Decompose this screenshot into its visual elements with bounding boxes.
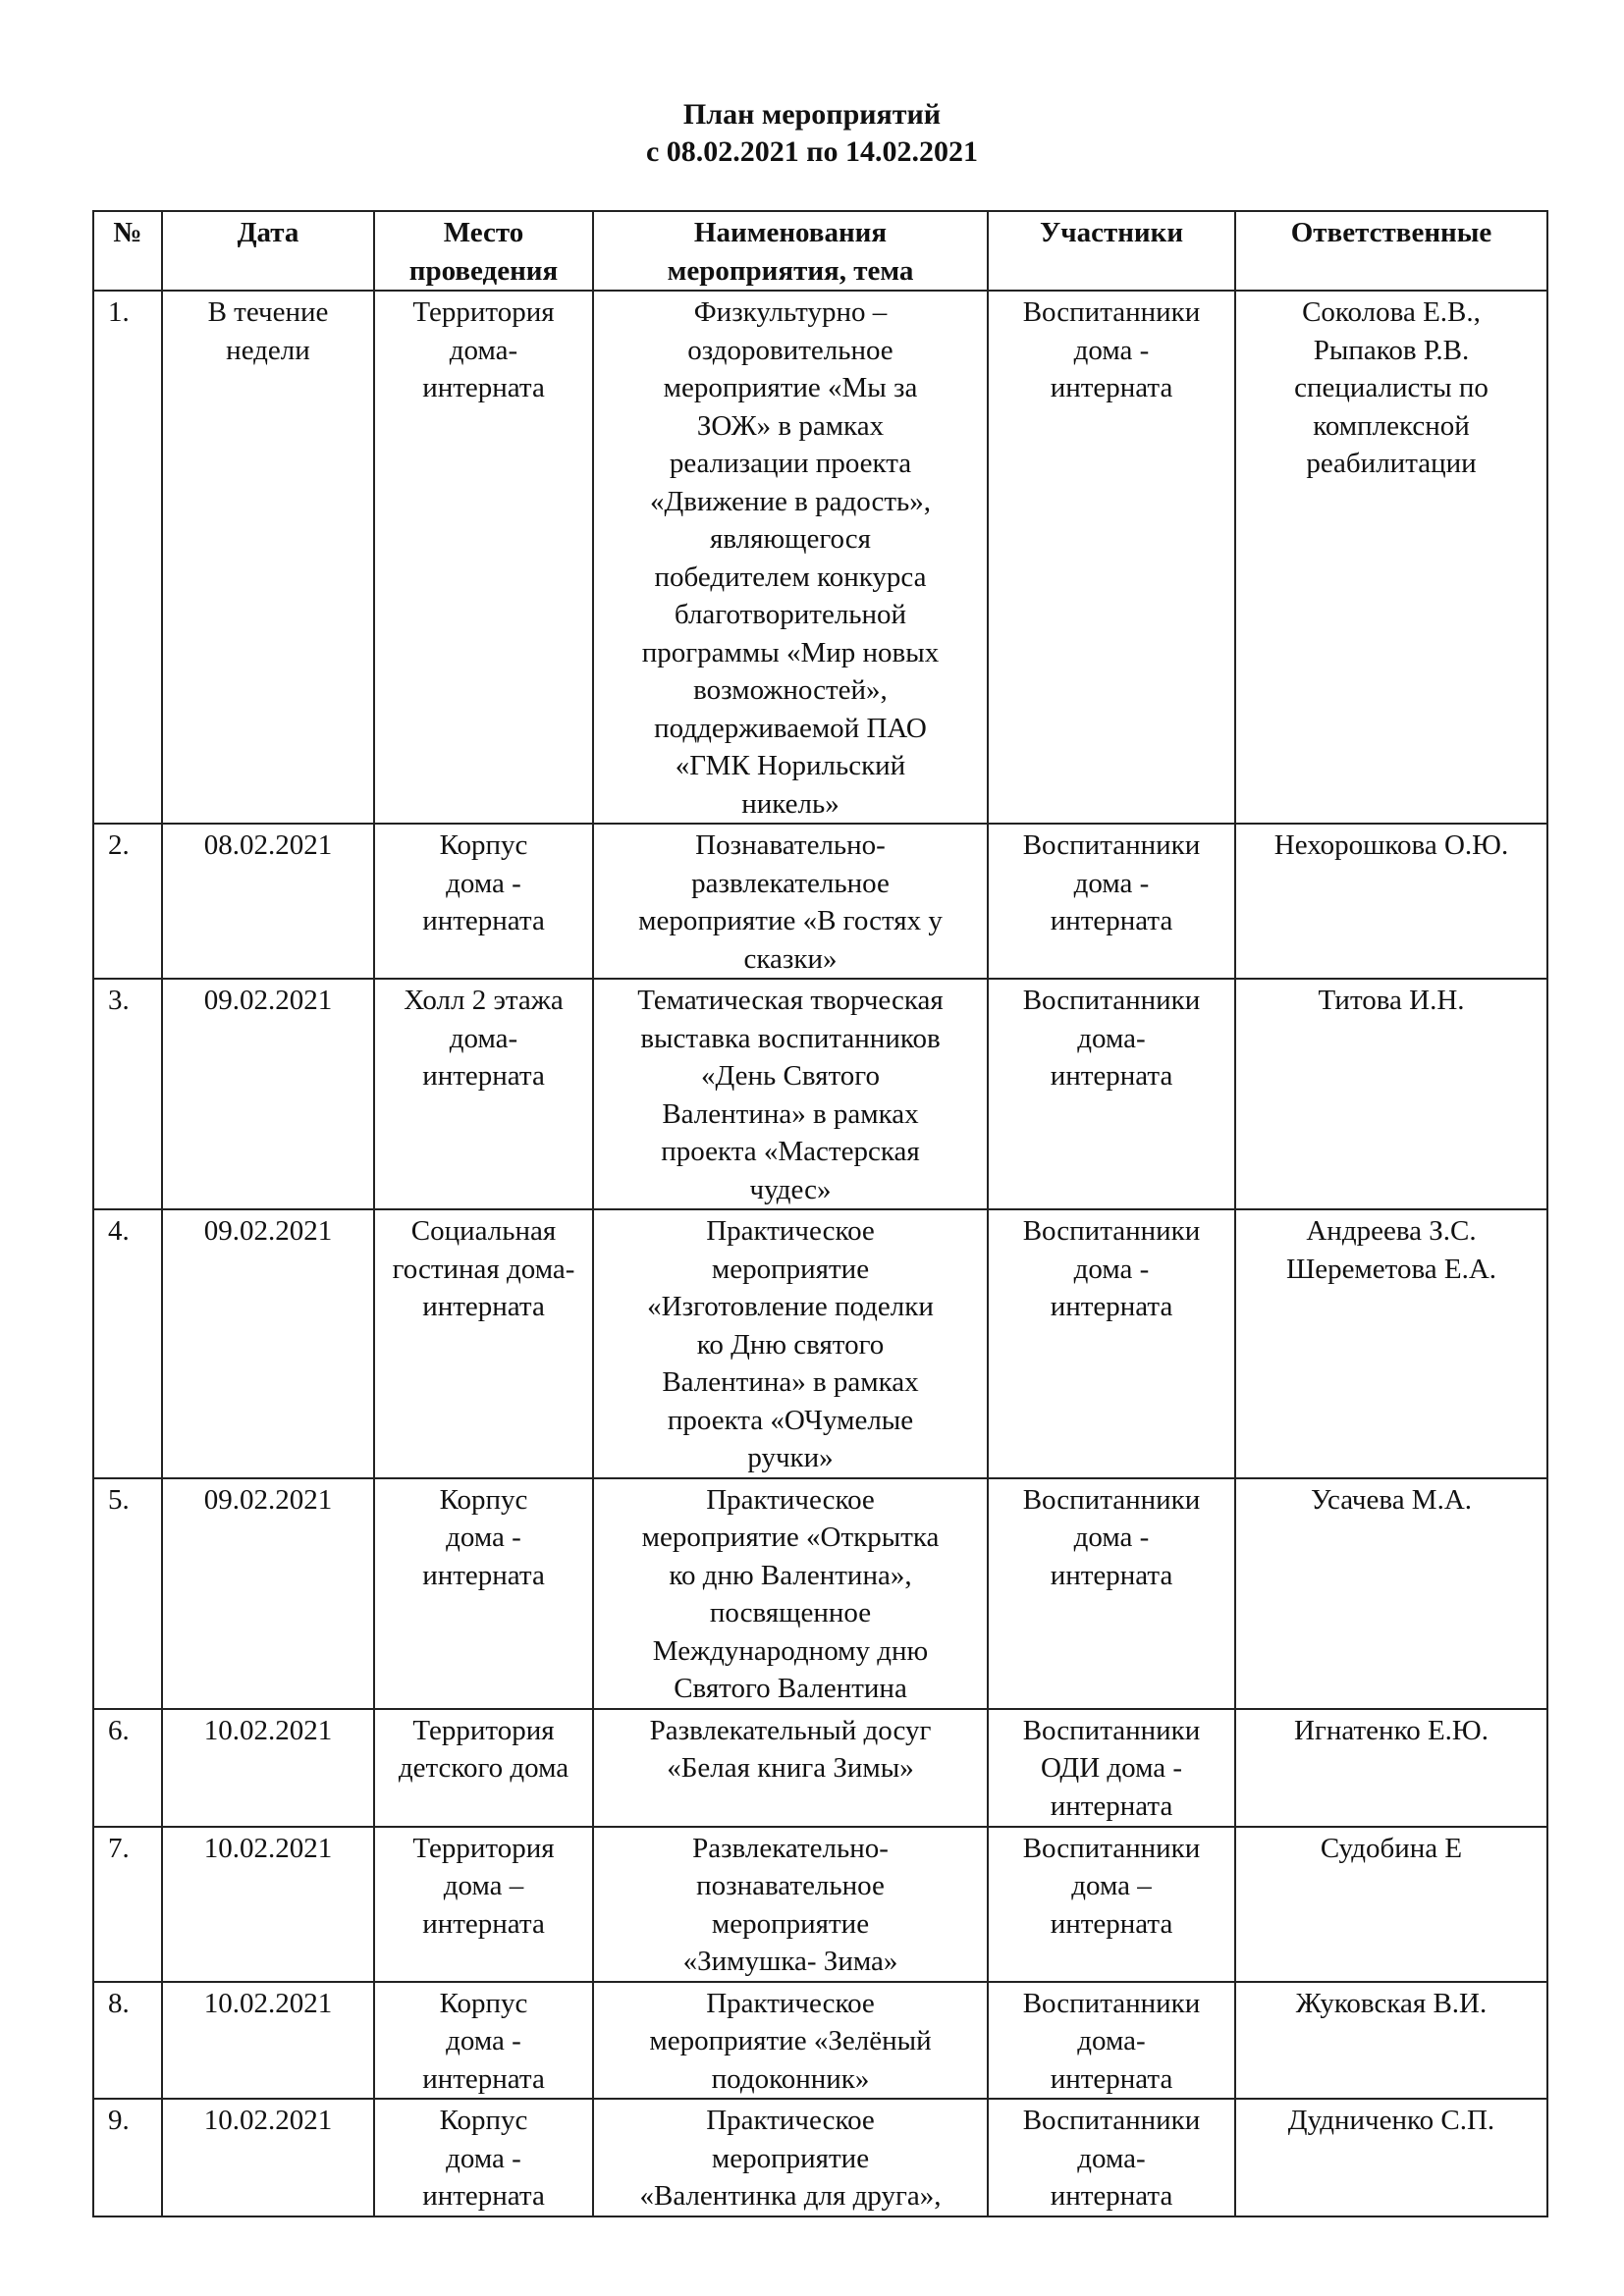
cell-event-name: Физкультурно –оздоровительноемероприятие… (593, 291, 988, 824)
cell-date: 10.02.2021 (162, 1827, 374, 1982)
table-row: 8.10.02.2021Корпусдома -интернатаПрактич… (93, 1982, 1547, 2100)
cell-place: Корпусдома -интерната (374, 2099, 593, 2216)
header-event-name: Наименования мероприятия, тема (593, 211, 988, 291)
cell-num: 8. (93, 1982, 162, 2100)
title-line-1: План мероприятий (0, 96, 1624, 133)
cell-place: Социальнаягостиная дома-интерната (374, 1209, 593, 1478)
table-row: 3.09.02.2021Холл 2 этажадома-интернатаТе… (93, 979, 1547, 1209)
header-date: Дата (162, 211, 374, 291)
cell-place: Территориядома –интерната (374, 1827, 593, 1982)
cell-responsible: Усачева М.А. (1235, 1478, 1547, 1709)
cell-place: Корпусдома -интерната (374, 824, 593, 979)
cell-date: 10.02.2021 (162, 1982, 374, 2100)
table-row: 7.10.02.2021Территориядома –интернатаРаз… (93, 1827, 1547, 1982)
cell-participants: ВоспитанникиОДИ дома -интерната (988, 1709, 1235, 1827)
cell-date: 09.02.2021 (162, 1478, 374, 1709)
cell-participants: Воспитанникидома-интерната (988, 979, 1235, 1209)
cell-event-name: Тематическая творческаявыставка воспитан… (593, 979, 988, 1209)
cell-responsible: Титова И.Н. (1235, 979, 1547, 1209)
cell-place: Корпусдома -интерната (374, 1982, 593, 2100)
cell-participants: Воспитанникидома -интерната (988, 1209, 1235, 1478)
cell-participants: Воспитанникидома-интерната (988, 1982, 1235, 2100)
document-title: План мероприятий с 08.02.2021 по 14.02.2… (0, 96, 1624, 171)
cell-responsible: Нехорошкова О.Ю. (1235, 824, 1547, 979)
header-responsible: Ответственные (1235, 211, 1547, 291)
cell-responsible: Соколова Е.В.,Рыпаков Р.В.специалисты по… (1235, 291, 1547, 824)
cell-place: Холл 2 этажадома-интерната (374, 979, 593, 1209)
cell-responsible: Игнатенко Е.Ю. (1235, 1709, 1547, 1827)
cell-participants: Воспитанникидома -интерната (988, 291, 1235, 824)
cell-num: 1. (93, 291, 162, 824)
cell-date: 10.02.2021 (162, 1709, 374, 1827)
cell-event-name: Развлекательный досуг«Белая книга Зимы» (593, 1709, 988, 1827)
cell-event-name: Практическоемероприятие«Валентинка для д… (593, 2099, 988, 2216)
cell-responsible: Дудниченко С.П. (1235, 2099, 1547, 2216)
table-row: 9.10.02.2021Корпусдома -интернатаПрактич… (93, 2099, 1547, 2216)
header-participants: Участники (988, 211, 1235, 291)
header-num: № (93, 211, 162, 291)
cell-num: 9. (93, 2099, 162, 2216)
cell-responsible: Судобина Е (1235, 1827, 1547, 1982)
cell-participants: Воспитанникидома-интерната (988, 2099, 1235, 2216)
cell-num: 3. (93, 979, 162, 1209)
cell-event-name: Практическоемероприятие«Изготовление под… (593, 1209, 988, 1478)
cell-num: 5. (93, 1478, 162, 1709)
cell-event-name: Практическоемероприятие «Зелёныйподоконн… (593, 1982, 988, 2100)
table-row: 4.09.02.2021Социальнаягостиная дома-инте… (93, 1209, 1547, 1478)
cell-event-name: Практическоемероприятие «Открыткако дню … (593, 1478, 988, 1709)
cell-date: 08.02.2021 (162, 824, 374, 979)
cell-event-name: Развлекательно-познавательноемероприятие… (593, 1827, 988, 1982)
cell-participants: Воспитанникидома -интерната (988, 1478, 1235, 1709)
cell-num: 6. (93, 1709, 162, 1827)
table-header-row: № Дата Место проведения Наименования мер… (93, 211, 1547, 291)
cell-date: 09.02.2021 (162, 1209, 374, 1478)
cell-date: 09.02.2021 (162, 979, 374, 1209)
cell-num: 2. (93, 824, 162, 979)
table-row: 5.09.02.2021Корпусдома -интернатаПрактич… (93, 1478, 1547, 1709)
cell-date: 10.02.2021 (162, 2099, 374, 2216)
header-place: Место проведения (374, 211, 593, 291)
cell-place: Территориядетского дома (374, 1709, 593, 1827)
title-date-range: с 08.02.2021 по 14.02.2021 (0, 133, 1624, 171)
table-row: 1.В течениенеделиТерриториядома-интернат… (93, 291, 1547, 824)
table-row: 6.10.02.2021Территориядетского домаРазвл… (93, 1709, 1547, 1827)
table-row: 2.08.02.2021Корпусдома -интернатаПознава… (93, 824, 1547, 979)
cell-place: Территориядома-интерната (374, 291, 593, 824)
cell-participants: Воспитанникидома –интерната (988, 1827, 1235, 1982)
cell-num: 4. (93, 1209, 162, 1478)
cell-responsible: Жуковская В.И. (1235, 1982, 1547, 2100)
cell-event-name: Познавательно-развлекательноемероприятие… (593, 824, 988, 979)
table-body: 1.В течениенеделиТерриториядома-интернат… (93, 291, 1547, 2216)
cell-place: Корпусдома -интерната (374, 1478, 593, 1709)
events-plan-table: № Дата Место проведения Наименования мер… (92, 210, 1548, 2217)
cell-date: В течениенедели (162, 291, 374, 824)
cell-participants: Воспитанникидома -интерната (988, 824, 1235, 979)
cell-num: 7. (93, 1827, 162, 1982)
cell-responsible: Андреева З.С.Шереметова Е.А. (1235, 1209, 1547, 1478)
